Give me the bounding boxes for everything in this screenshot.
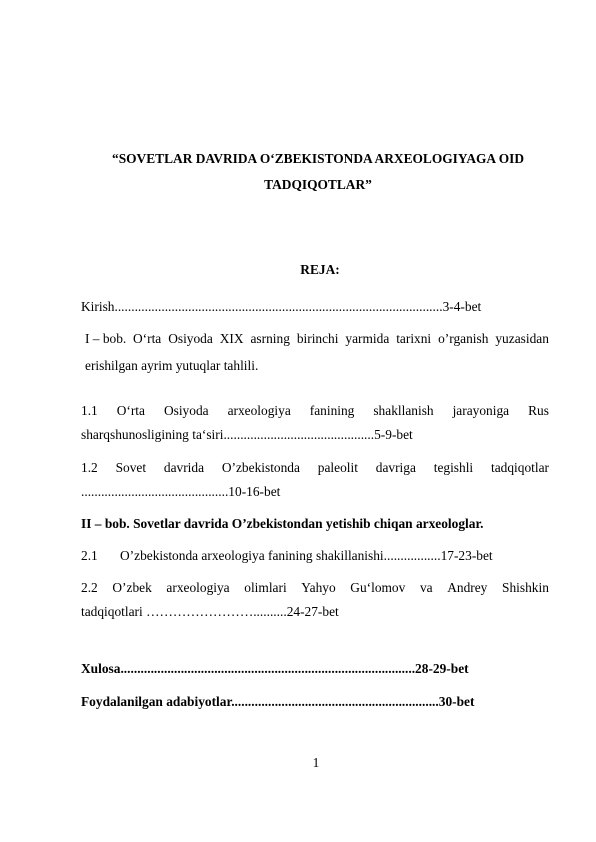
plan-heading: REJA: xyxy=(0,262,596,278)
toc-chapter-1-line-1: I – bob. O‘rta Osiyoda XIX asrning birin… xyxy=(85,331,549,347)
toc-leader: ........................................… xyxy=(81,484,228,499)
toc-leader: ........................................… xyxy=(231,694,439,709)
section-number: 1.1 xyxy=(81,403,98,419)
toc-leader: ........................................… xyxy=(223,427,374,442)
toc-kirish-pages: 3-4-bet xyxy=(443,299,482,314)
toc-leader: …………………….......... xyxy=(146,604,287,619)
toc-leader: ........................................… xyxy=(120,661,415,676)
document-page: “SOVETLAR DAVRIDA O‘ZBEKISTONDA ARXEOLOG… xyxy=(0,0,596,842)
section-number: 2.1 xyxy=(81,548,120,564)
toc-entry-kirish: Kirish..................................… xyxy=(81,299,481,315)
toc-pages: 5-9-bet xyxy=(374,427,413,442)
toc-chapter-1-line-2: erishilgan ayrim yutuqlar tahlili. xyxy=(85,358,258,374)
page-number: 1 xyxy=(0,755,596,771)
toc-section-2-2-line-1: 2.2 O’zbek arxeologiya olimlari Yahyo Gu… xyxy=(81,580,549,596)
toc-chapter-2: II – bob. Sovetlar davrida O’zbekistonda… xyxy=(81,516,484,532)
title-line-2: TADQIQOTLAR” xyxy=(60,172,576,198)
toc-pages: 28-29-bet xyxy=(415,661,469,676)
document-title: “SOVETLAR DAVRIDA O‘ZBEKISTONDA ARXEOLOG… xyxy=(60,146,576,198)
toc-section-2-2-line-2: tadqiqotlari ……………………..........24-27-bet xyxy=(81,604,339,620)
toc-section-1-2-line-1: 1.2 Sovet davrida O’zbekistonda paleolit… xyxy=(81,460,549,476)
title-line-1: “SOVETLAR DAVRIDA O‘ZBEKISTONDA ARXEOLOG… xyxy=(60,146,576,172)
toc-section-1-1-line-2: sharqshunosligining ta‘siri.............… xyxy=(81,427,413,443)
toc-pages: 17-23-bet xyxy=(441,548,493,563)
toc-section-1-2-line-2: ........................................… xyxy=(81,484,280,500)
toc-entry-xulosa: Xulosa..................................… xyxy=(81,661,469,677)
toc-section-1-1-line-1: 1.1 O‘rta Osiyoda arxeologiya fanining s… xyxy=(81,403,549,419)
toc-chapter-1-label: I – bob. O‘rta xyxy=(85,331,161,347)
toc-kirish-text: Kirish xyxy=(81,299,114,314)
toc-pages: 10-16-bet xyxy=(228,484,280,499)
section-number: 1.2 xyxy=(81,460,98,476)
toc-kirish-leader: ........................................… xyxy=(114,299,442,314)
toc-pages: 24-27-bet xyxy=(287,604,339,619)
toc-entry-references: Foydalanilgan adabiyotlar...............… xyxy=(81,694,474,710)
section-number: 2.2 xyxy=(81,580,98,596)
toc-leader: ................. xyxy=(384,548,441,563)
toc-pages: 30-bet xyxy=(439,694,475,709)
toc-section-2-1: 2.1O’zbekistonda arxeologiya fanining sh… xyxy=(81,548,493,564)
